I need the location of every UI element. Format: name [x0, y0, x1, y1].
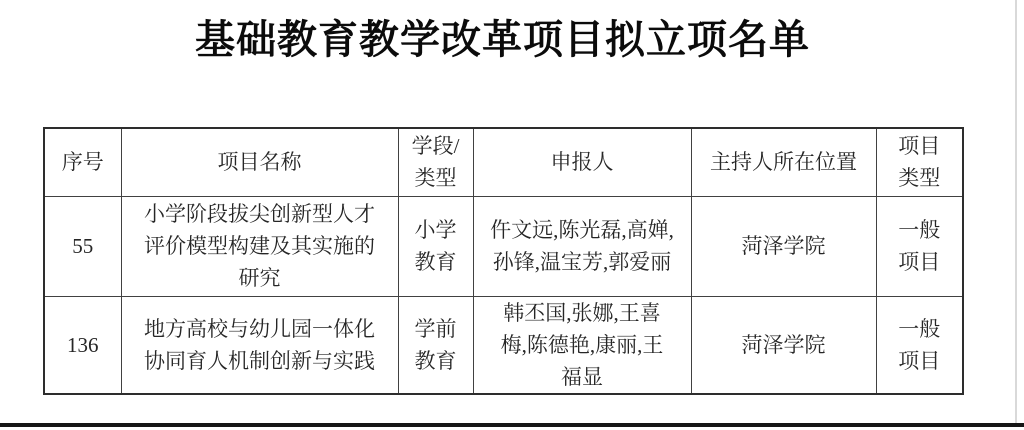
- table-row: 55 小学阶段拔尖创新型人才 评价模型构建及其实施的 研究 小学 教育 仵文远,…: [44, 196, 963, 296]
- cell-project-type: 一般 项目: [876, 296, 963, 394]
- table-row: 136 地方高校与幼儿园一体化 协同育人机制创新与实践 学前 教育 韩丕国,张娜…: [44, 296, 963, 394]
- cell-stage-type: 学前 教育: [398, 296, 473, 394]
- col-header-host-location: 主持人所在位置: [691, 128, 876, 196]
- cell-applicants: 韩丕国,张娜,王喜 梅,陈德艳,康丽,王 福显: [473, 296, 691, 394]
- page-title: 基础教育教学改革项目拟立项名单: [43, 8, 962, 65]
- document-page: 基础教育教学改革项目拟立项名单 序号 项目名称 学段/ 类型 申报人 主持人所在…: [0, 0, 1024, 430]
- cell-applicants: 仵文远,陈光磊,高婵, 孙锋,温宝芳,郭爱丽: [473, 196, 691, 296]
- cell-project-type: 一般 项目: [876, 196, 963, 296]
- bottom-edge-line: [0, 423, 1024, 427]
- table-header-row: 序号 项目名称 学段/ 类型 申报人 主持人所在位置 项目 类型: [44, 128, 963, 196]
- cell-host-location: 菏泽学院: [691, 196, 876, 296]
- col-header-stage-type: 学段/ 类型: [398, 128, 473, 196]
- projects-table: 序号 项目名称 学段/ 类型 申报人 主持人所在位置 项目 类型 55 小学阶段…: [43, 127, 964, 395]
- col-header-serial: 序号: [44, 128, 121, 196]
- cell-host-location: 菏泽学院: [691, 296, 876, 394]
- col-header-project-name: 项目名称: [121, 128, 398, 196]
- right-edge-line: [1015, 0, 1017, 424]
- cell-serial: 55: [44, 196, 121, 296]
- cell-serial: 136: [44, 296, 121, 394]
- cell-project-name: 地方高校与幼儿园一体化 协同育人机制创新与实践: [121, 296, 398, 394]
- col-header-applicants: 申报人: [473, 128, 691, 196]
- col-header-project-type: 项目 类型: [876, 128, 963, 196]
- cell-stage-type: 小学 教育: [398, 196, 473, 296]
- cell-project-name: 小学阶段拔尖创新型人才 评价模型构建及其实施的 研究: [121, 196, 398, 296]
